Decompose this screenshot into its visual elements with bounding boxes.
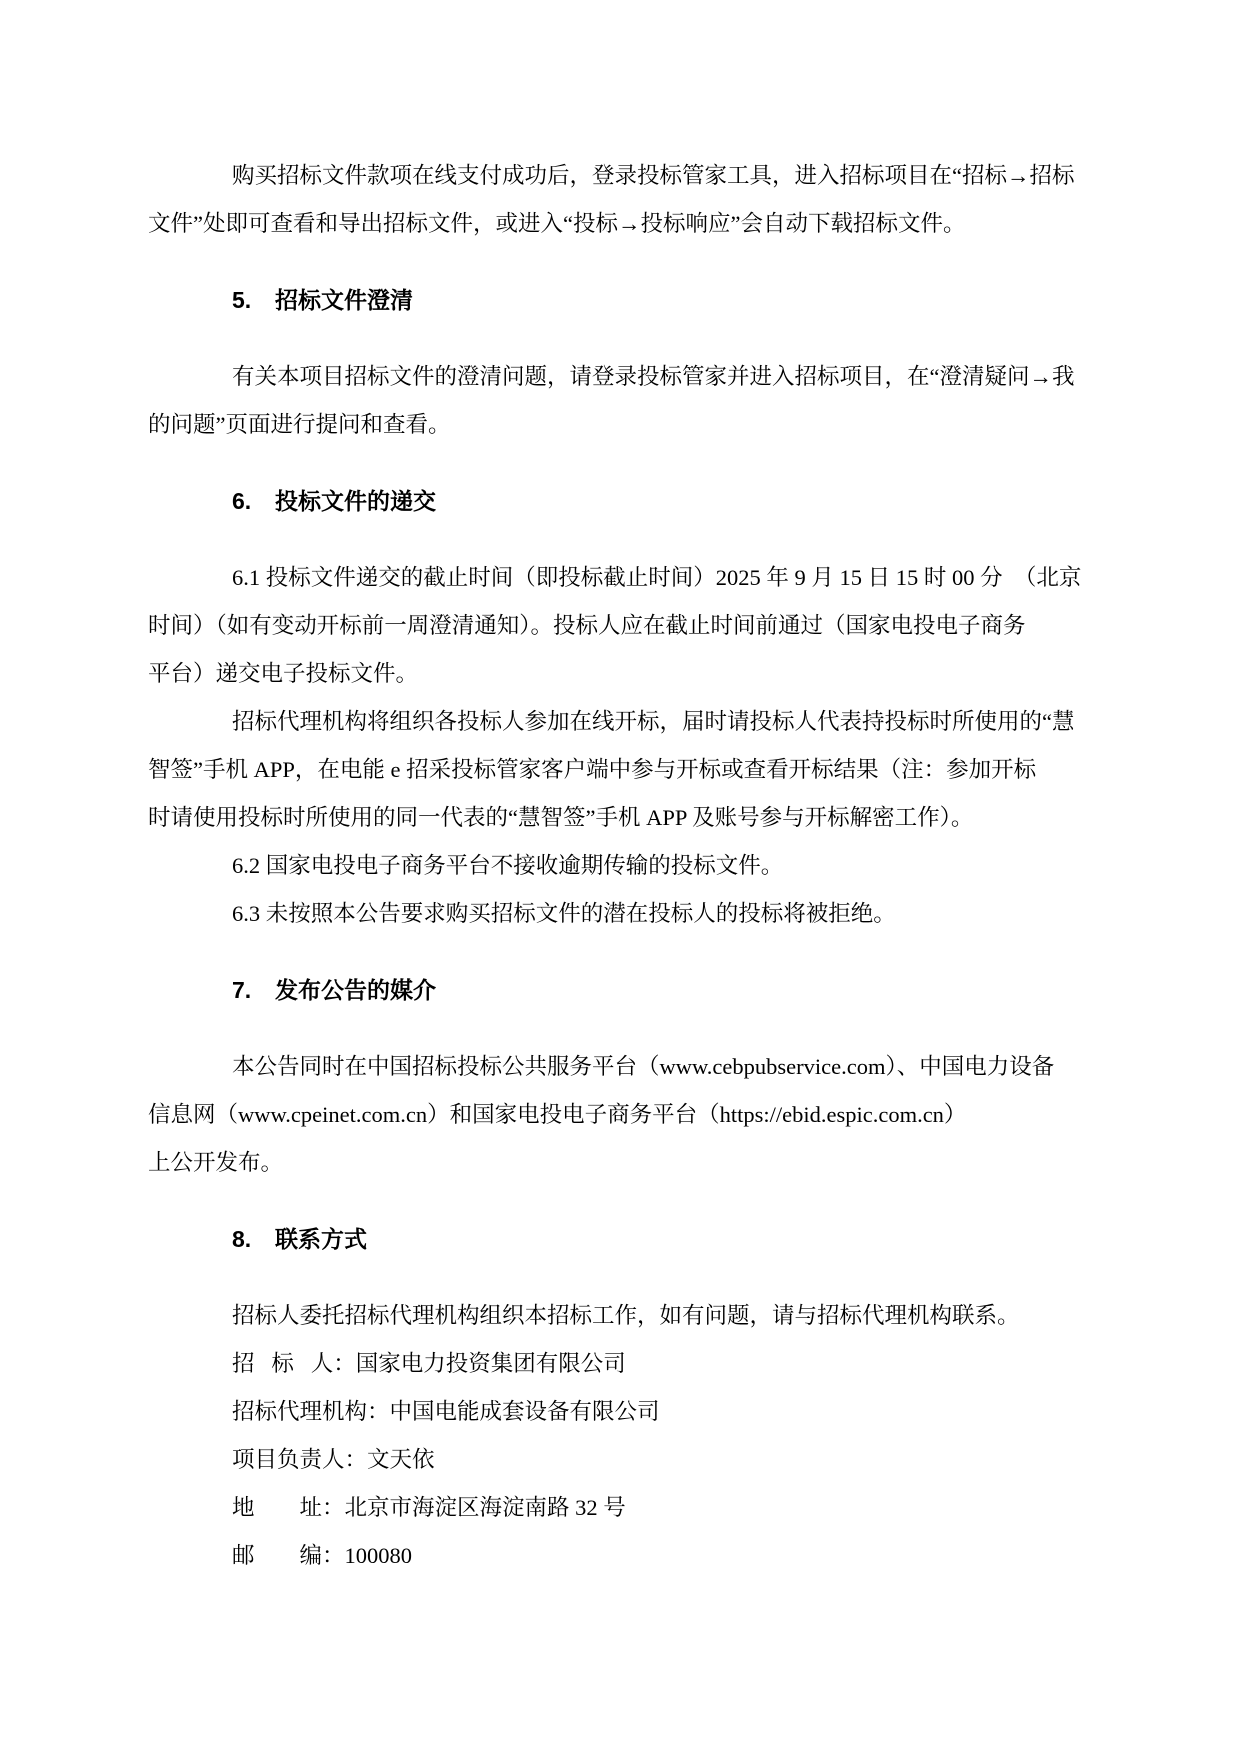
contact-tenderer: 招 标 人：国家电力投资集团有限公司 [148, 1340, 1095, 1388]
text-line: 6.3 未按照本公告要求购买招标文件的潜在投标人的投标将被拒绝。 [148, 890, 1095, 938]
section-heading-clarification: 5.招标文件澄清 [148, 276, 1095, 324]
text-line: 招 标 人：国家电力投资集团有限公司 [148, 1340, 1095, 1388]
text-line: 时请使用投标时所使用的同一代表的“慧智签”手机 APP 及账号参与开标解密工作）… [148, 794, 1095, 842]
text-line: 6.1 投标文件递交的截止时间（即投标截止时间）2025 年 9 月 15 日 … [148, 554, 1095, 602]
section-title: 投标文件的递交 [275, 488, 436, 514]
contact-postcode: 邮 编：100080 [148, 1532, 1095, 1580]
section-number: 7. [232, 966, 275, 1014]
contact-address: 地 址：北京市海淀区海淀南路 32 号 [148, 1484, 1095, 1532]
document-page: 购买招标文件款项在线支付成功后，登录投标管家工具，进入招标项目在“招标→招标 文… [0, 0, 1240, 1753]
contact-project-manager: 项目负责人：文天依 [148, 1436, 1095, 1484]
section-number: 8. [232, 1215, 275, 1263]
text-line: 6.2 国家电投电子商务平台不接收逾期传输的投标文件。 [148, 842, 1095, 890]
paragraph-deadline-6-1: 6.1 投标文件递交的截止时间（即投标截止时间）2025 年 9 月 15 日 … [148, 554, 1095, 698]
text-line: 时间）（如有变动开标前一周澄清通知）。投标人应在截止时间前通过（国家电投电子商务 [148, 602, 1095, 650]
text-line: 本公告同时在中国招标投标公共服务平台（www.cebpubservice.com… [148, 1043, 1095, 1091]
paragraph-clarification: 有关本项目招标文件的澄清问题，请登录投标管家并进入招标项目，在“澄清疑问→我 的… [148, 353, 1095, 449]
section-number: 5. [232, 276, 275, 324]
section-number: 6. [232, 477, 275, 525]
section-title: 发布公告的媒介 [275, 977, 436, 1003]
section-title: 联系方式 [275, 1226, 367, 1252]
section-heading-announcement-media: 7.发布公告的媒介 [148, 966, 1095, 1014]
text-line: 平台）递交电子投标文件。 [148, 650, 1095, 698]
text-line: 信息网（www.cpeinet.com.cn）和国家电投电子商务平台（https… [148, 1091, 1095, 1139]
paragraph-publication-platforms: 本公告同时在中国招标投标公共服务平台（www.cebpubservice.com… [148, 1043, 1095, 1187]
section-title: 招标文件澄清 [275, 287, 413, 313]
text-line: 智签”手机 APP，在电能 e 招采投标管家客户端中参与开标或查看开标结果（注：… [148, 746, 1095, 794]
section-heading-contact: 8.联系方式 [148, 1215, 1095, 1263]
paragraph-online-bid-opening: 招标代理机构将组织各投标人参加在线开标，届时请投标人代表持投标时所使用的“慧 智… [148, 698, 1095, 842]
paragraph-rejection-6-3: 6.3 未按照本公告要求购买招标文件的潜在投标人的投标将被拒绝。 [148, 890, 1095, 938]
text-line: 邮 编：100080 [148, 1532, 1095, 1580]
paragraph-late-submission-6-2: 6.2 国家电投电子商务平台不接收逾期传输的投标文件。 [148, 842, 1095, 890]
section-heading-bid-submission: 6.投标文件的递交 [148, 477, 1095, 525]
text-line: 招标人委托招标代理机构组织本招标工作，如有问题，请与招标代理机构联系。 [148, 1292, 1095, 1340]
text-line: 的问题”页面进行提问和查看。 [148, 401, 1095, 449]
paragraph-contact-intro: 招标人委托招标代理机构组织本招标工作，如有问题，请与招标代理机构联系。 [148, 1292, 1095, 1340]
paragraph-purchase-instructions: 购买招标文件款项在线支付成功后，登录投标管家工具，进入招标项目在“招标→招标 文… [148, 152, 1095, 248]
text-line: 有关本项目招标文件的澄清问题，请登录投标管家并进入招标项目，在“澄清疑问→我 [148, 353, 1095, 401]
document-content: 购买招标文件款项在线支付成功后，登录投标管家工具，进入招标项目在“招标→招标 文… [0, 0, 1240, 1580]
contact-agency: 招标代理机构：中国电能成套设备有限公司 [148, 1388, 1095, 1436]
text-line: 招标代理机构：中国电能成套设备有限公司 [148, 1388, 1095, 1436]
text-line: 上公开发布。 [148, 1139, 1095, 1187]
text-line: 购买招标文件款项在线支付成功后，登录投标管家工具，进入招标项目在“招标→招标 [148, 152, 1095, 200]
text-line: 文件”处即可查看和导出招标文件，或进入“投标→投标响应”会自动下载招标文件。 [148, 200, 1095, 248]
text-line: 地 址：北京市海淀区海淀南路 32 号 [148, 1484, 1095, 1532]
text-line: 项目负责人：文天依 [148, 1436, 1095, 1484]
text-line: 招标代理机构将组织各投标人参加在线开标，届时请投标人代表持投标时所使用的“慧 [148, 698, 1095, 746]
